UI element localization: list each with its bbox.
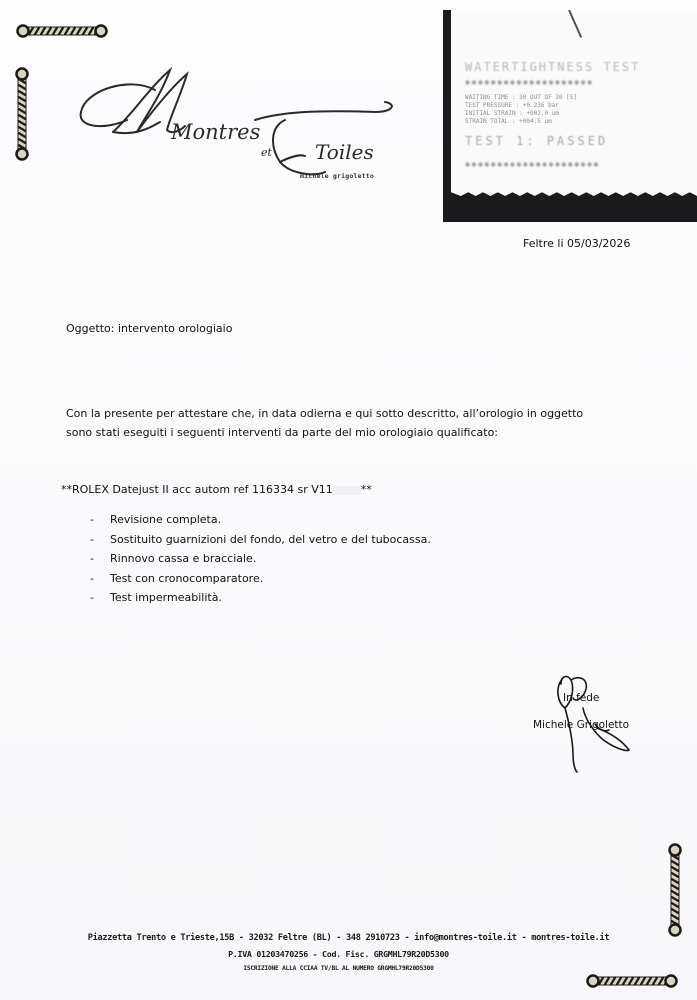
- list-item-text: Test impermeabilità.: [110, 591, 222, 604]
- rope-ornament-top-left-vertical: [15, 66, 29, 162]
- signature-in-fede: In fede: [563, 692, 599, 704]
- watch-suffix: **: [361, 483, 372, 496]
- receipt-line: STRAIN TOTAL : +004.5 um: [465, 118, 552, 125]
- logo-toiles: Toiles: [315, 140, 374, 164]
- footer-address: Piazzetta Trento e Trieste,15B - 32032 F…: [0, 930, 697, 946]
- rope-ornament-top-left-horizontal: [16, 24, 108, 38]
- body-line: Con la presente per attestare che, in da…: [66, 404, 626, 423]
- letter-subject: Oggetto: intervento orologiaio: [66, 322, 232, 335]
- logo-montres: Montres: [171, 120, 260, 144]
- document-page: Montres et Toiles michele grigoletto WAT…: [0, 0, 697, 1000]
- dash-bullet: -: [90, 530, 94, 550]
- letterhead-footer: Piazzetta Trento e Trieste,15B - 32032 F…: [0, 930, 697, 976]
- list-item-text: Revisione completa.: [110, 513, 221, 526]
- list-item: -Test impermeabilità.: [90, 588, 431, 608]
- logo-subtitle: michele grigoletto: [300, 172, 374, 180]
- logo-et: et: [261, 146, 272, 159]
- interventions-list: -Revisione completa. -Sostituito guarniz…: [90, 510, 431, 608]
- list-item: -Sostituito guarnizioni del fondo, del v…: [90, 530, 431, 550]
- footer-registration: ISCRIZIONE ALLA CCIAA TV/BL AL NUMERO GR…: [0, 962, 697, 976]
- letter-date: Feltre li 05/03/2026: [523, 237, 630, 250]
- rope-ornament-bottom-right-horizontal: [586, 974, 678, 988]
- dash-bullet: -: [90, 569, 94, 589]
- list-item: -Rinnovo cassa e bracciale.: [90, 549, 431, 569]
- list-item-text: Sostituito guarnizioni del fondo, del ve…: [110, 533, 431, 546]
- dash-bullet: -: [90, 510, 94, 530]
- receipt-line: ✱✱✱✱✱✱✱✱✱✱✱✱✱✱✱✱✱✱✱✱✱: [465, 160, 600, 170]
- dash-bullet: -: [90, 549, 94, 569]
- watertightness-test-receipt: WATERTIGHTNESS TEST ✱✱✱✱✱✱✱✱✱✱✱✱✱✱✱✱✱✱✱✱…: [443, 10, 697, 222]
- list-item: -Test con cronocomparatore.: [90, 569, 431, 589]
- receipt-line: TEST 1: PASSED: [465, 134, 608, 148]
- signature-name: Michele Grigoletto: [533, 719, 629, 731]
- redacted-serial: [333, 486, 361, 495]
- receipt-line: WAITING TIME : 30 OUT OF 30 [S]: [465, 94, 577, 101]
- receipt-line: WATERTIGHTNESS TEST: [465, 60, 640, 74]
- list-item-text: Test con cronocomparatore.: [110, 572, 263, 585]
- letter-body: Con la presente per attestare che, in da…: [66, 404, 626, 442]
- rope-ornament-bottom-right-vertical: [668, 842, 682, 938]
- dash-bullet: -: [90, 588, 94, 608]
- watch-model: **ROLEX Datejust II acc autom ref 116334…: [61, 483, 333, 496]
- receipt-line: TEST PRESSURE : +0.236 bar: [465, 102, 559, 109]
- logo: Montres et Toiles: [75, 62, 405, 187]
- list-item: -Revisione completa.: [90, 510, 431, 530]
- receipt-line: INITIAL STRAIN : +002.0 um: [465, 110, 559, 117]
- footer-tax-ids: P.IVA 01203470256 - Cod. Fisc. GRGMHL79R…: [0, 946, 697, 962]
- list-item-text: Rinnovo cassa e bracciale.: [110, 552, 256, 565]
- body-line: sono stati eseguiti i seguenti intervent…: [66, 423, 626, 442]
- watch-description: **ROLEX Datejust II acc autom ref 116334…: [61, 483, 372, 496]
- receipt-line: ✱✱✱✱✱✱✱✱✱✱✱✱✱✱✱✱✱✱✱✱: [465, 78, 593, 88]
